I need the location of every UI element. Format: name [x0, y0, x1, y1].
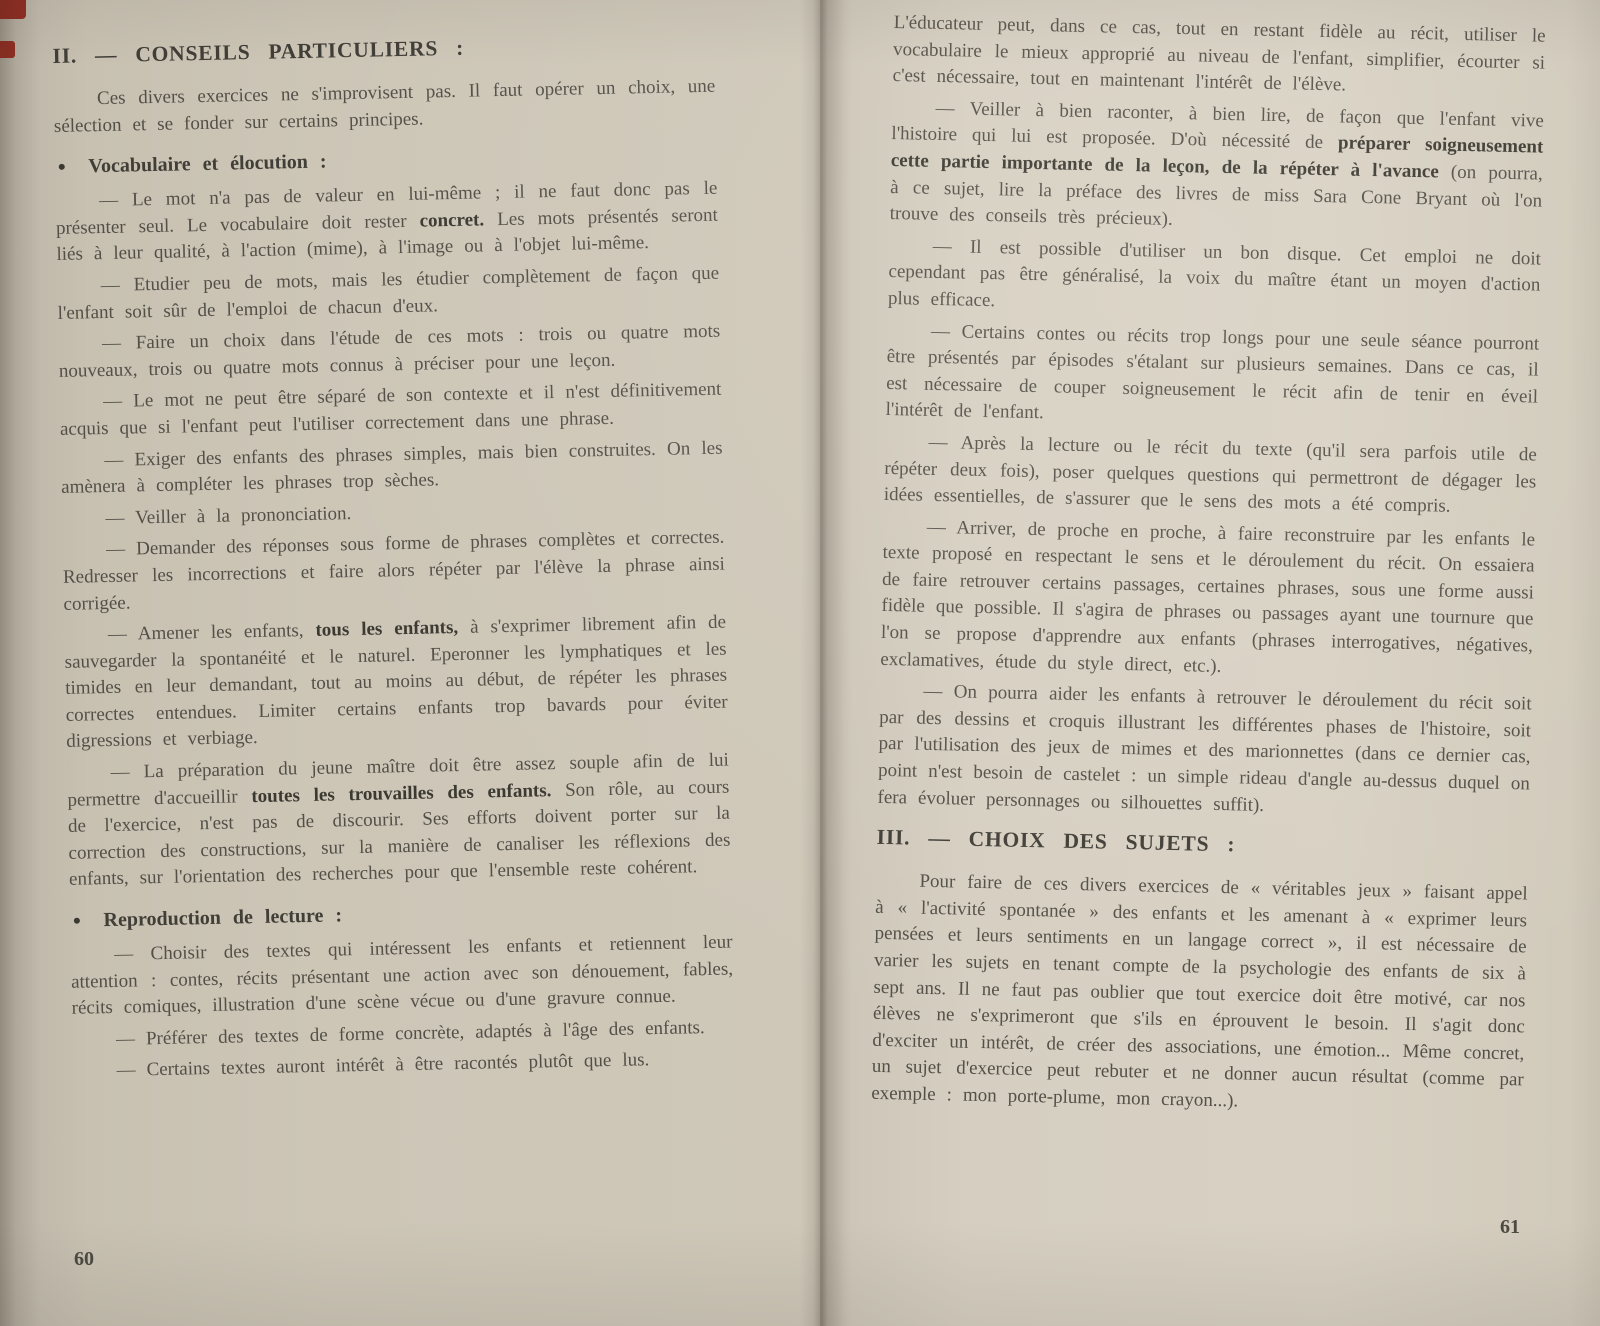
page-left-content: II. — CONSEILS PARTICULIERS :Ces divers … — [52, 17, 735, 1091]
subsection-heading-label: Reproduction de lecture : — [103, 904, 342, 931]
section-heading: II. — CONSEILS PARTICULIERS : — [52, 31, 714, 69]
page-number-right: 61 — [1500, 1216, 1520, 1239]
paragraph: — La préparation du jeune maître doit êt… — [67, 748, 732, 894]
book-photo: II. — CONSEILS PARTICULIERS :Ces divers … — [0, 0, 1600, 1326]
paragraph: — Faire un choix dans l'étude de ces mot… — [58, 319, 721, 385]
red-cover-edge-mark — [0, 41, 15, 58]
paragraph: — On pourra aider les enfants à retrouve… — [877, 678, 1532, 825]
paragraph: — Exiger des enfants des phrases simples… — [60, 435, 723, 501]
paragraph: — Il est possible d'utiliser un bon disq… — [888, 233, 1542, 326]
paragraph: — Après la lecture ou le récit du texte … — [884, 429, 1538, 522]
page-number-left: 60 — [74, 1248, 94, 1271]
red-cover-edge-mark — [0, 0, 26, 19]
page-left: II. — CONSEILS PARTICULIERS :Ces divers … — [0, 0, 820, 1326]
paragraph: — Etudier peu de mots, mais les étudier … — [57, 261, 720, 327]
paragraph: — Veiller à bien raconter, à bien lire, … — [889, 95, 1544, 242]
paragraph: — Le mot ne peut être séparé de son cont… — [59, 377, 722, 443]
paragraph: L'éducateur peut, dans ce cas, tout en r… — [892, 10, 1546, 103]
section-heading: III. — CHOIX DES SUJETS : — [876, 825, 1528, 864]
bullet-icon: ● — [57, 160, 66, 176]
paragraph: — Amener les enfants, tous les enfants, … — [64, 610, 729, 756]
subsection-heading: ●Reproduction de lecture : — [70, 897, 732, 933]
page-right: L'éducateur peut, dans ce cas, tout en r… — [820, 0, 1600, 1326]
page-right-content: L'éducateur peut, dans ce cas, tout en r… — [871, 10, 1546, 1126]
paragraph: Pour faire de ces divers exercices de « … — [871, 868, 1528, 1121]
subsection-heading-label: Vocabulaire et élocution : — [88, 151, 327, 178]
subsection-heading: ●Vocabulaire et élocution : — [55, 143, 717, 179]
paragraph: — Le mot n'a pas de valeur en lui-même ;… — [55, 176, 718, 269]
paragraph: Ces divers exercices ne s'improvisent pa… — [53, 74, 716, 140]
paragraph: — Choisir des textes qui intéressent les… — [70, 930, 733, 1023]
bullet-icon: ● — [73, 914, 82, 930]
paragraph: — Certains contes ou récits trop longs p… — [885, 317, 1539, 437]
paragraph: — Demander des réponses sous forme de ph… — [62, 525, 725, 618]
paragraph: — Arriver, de proche en proche, à faire … — [880, 514, 1535, 687]
